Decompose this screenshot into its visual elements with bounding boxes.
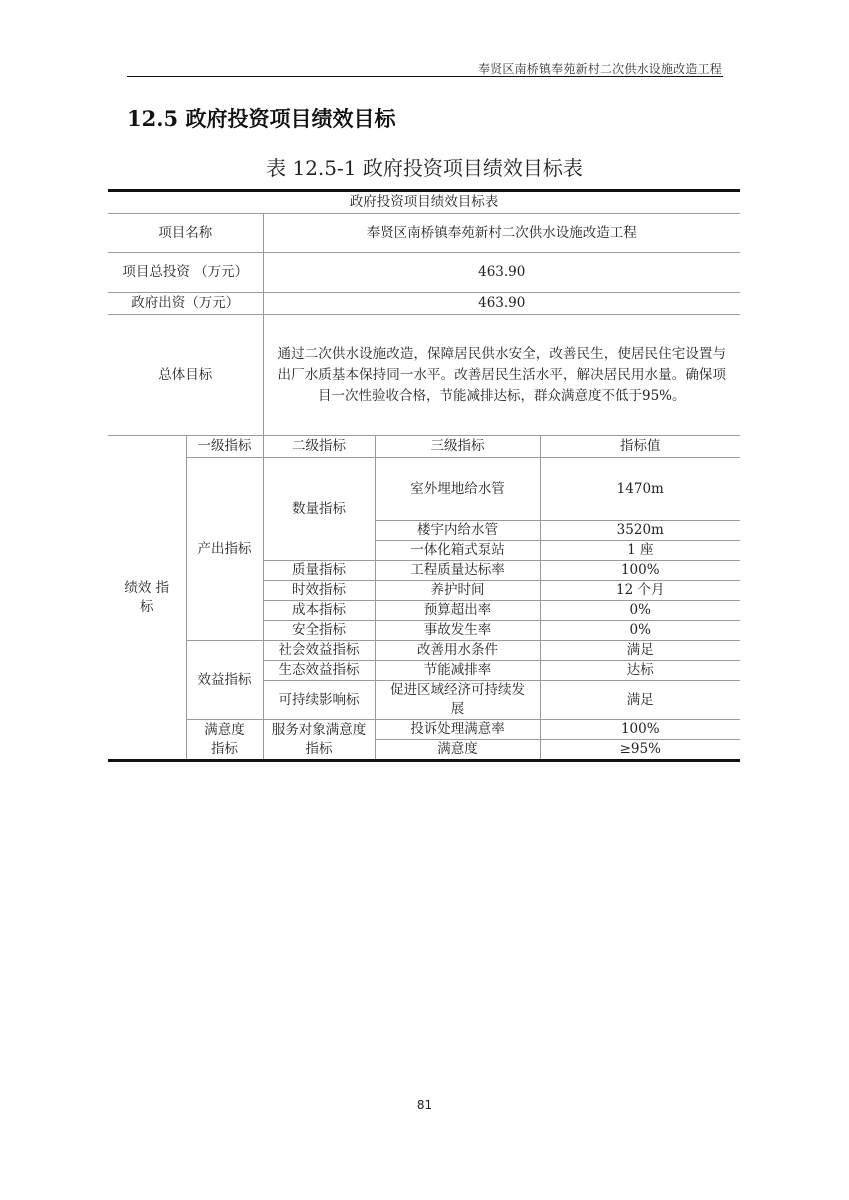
table-row: 政府出资（万元） 463.90 (108, 293, 740, 315)
table-row: 产出指标 数量指标 室外埋地给水管 1470m (108, 458, 740, 521)
table-title-cell: 政府投资项目绩效目标表 (108, 191, 740, 214)
level3-cell: 预算超出率 (375, 601, 540, 621)
table-title-row: 政府投资项目绩效目标表 (108, 191, 740, 214)
value-cell: 0% (540, 621, 740, 641)
value-cell: 达标 (540, 661, 740, 681)
header-level1: 一级指标 (186, 436, 263, 458)
header-level2: 二级指标 (263, 436, 375, 458)
table-row: 效益指标 社会效益指标 改善用水条件 满足 (108, 641, 740, 661)
value-cell: 100% (540, 720, 740, 740)
section-title: 12.5 政府投资项目绩效目标 (127, 103, 395, 133)
table-row: 项目名称 奉贤区南桥镇奉苑新村二次供水设施改造工程 (108, 214, 740, 253)
value-cell: ≥95% (540, 740, 740, 761)
page-number: 81 (0, 1098, 849, 1112)
gov-funding-label: 政府出资（万元） (108, 293, 263, 315)
level2-cell: 时效指标 (263, 581, 375, 601)
table-row: 总体目标 通过二次供水设施改造，保障居民供水安全，改善民生，使居民住宅设置与出厂… (108, 315, 740, 436)
level3-cell: 促进区域经济可持续发展 (375, 681, 540, 720)
level3-cell: 改善用水条件 (375, 641, 540, 661)
performance-label: 绩效 指标 (108, 436, 186, 761)
table-row: 满意度指标 服务对象满意度指标 投诉处理满意率 100% (108, 720, 740, 740)
group-benefit: 效益指标 (186, 641, 263, 720)
project-name-label: 项目名称 (108, 214, 263, 253)
group-satisfaction: 满意度指标 (186, 720, 263, 761)
table-row: 项目总投资 （万元） 463.90 (108, 253, 740, 293)
level3-cell: 养护时间 (375, 581, 540, 601)
level2-cell: 生态效益指标 (263, 661, 375, 681)
gov-funding-value: 463.90 (263, 293, 740, 315)
level3-cell: 楼宇内给水管 (375, 521, 540, 541)
level2-cell: 社会效益指标 (263, 641, 375, 661)
value-cell: 满足 (540, 641, 740, 661)
level3-cell: 事故发生率 (375, 621, 540, 641)
value-cell: 100% (540, 561, 740, 581)
total-investment-label: 项目总投资 （万元） (108, 253, 263, 293)
total-investment-value: 463.90 (263, 253, 740, 293)
value-cell: 3520m (540, 521, 740, 541)
level2-cell: 质量指标 (263, 561, 375, 581)
performance-goal-table: 政府投资项目绩效目标表 项目名称 奉贤区南桥镇奉苑新村二次供水设施改造工程 项目… (108, 189, 740, 762)
performance-table-container: 政府投资项目绩效目标表 项目名称 奉贤区南桥镇奉苑新村二次供水设施改造工程 项目… (108, 189, 740, 762)
header-level3: 三级指标 (375, 436, 540, 458)
header-divider (127, 76, 723, 77)
group-output: 产出指标 (186, 458, 263, 641)
level2-cell: 服务对象满意度指标 (263, 720, 375, 761)
level3-cell: 工程质量达标率 (375, 561, 540, 581)
overall-goal-label: 总体目标 (108, 315, 263, 436)
running-header: 奉贤区南桥镇奉苑新村二次供水设施改造工程 (478, 60, 722, 77)
value-cell: 1 座 (540, 541, 740, 561)
table-caption: 表 12.5-1 政府投资项目绩效目标表 (0, 152, 849, 181)
level3-cell: 满意度 (375, 740, 540, 761)
level2-cell: 数量指标 (263, 458, 375, 561)
project-name-value: 奉贤区南桥镇奉苑新村二次供水设施改造工程 (263, 214, 740, 253)
level2-cell: 可持续影响标 (263, 681, 375, 720)
level3-cell: 一体化箱式泵站 (375, 541, 540, 561)
level2-cell: 成本指标 (263, 601, 375, 621)
overall-goal-text: 通过二次供水设施改造，保障居民供水安全，改善民生，使居民住宅设置与出厂水质基本保… (263, 315, 740, 436)
level2-cell: 安全指标 (263, 621, 375, 641)
header-value: 指标值 (540, 436, 740, 458)
level3-cell: 室外埋地给水管 (375, 458, 540, 521)
table-header-row: 绩效 指标 一级指标 二级指标 三级指标 指标值 (108, 436, 740, 458)
value-cell: 0% (540, 601, 740, 621)
value-cell: 12 个月 (540, 581, 740, 601)
value-cell: 满足 (540, 681, 740, 720)
level3-cell: 节能减排率 (375, 661, 540, 681)
level3-cell: 投诉处理满意率 (375, 720, 540, 740)
value-cell: 1470m (540, 458, 740, 521)
